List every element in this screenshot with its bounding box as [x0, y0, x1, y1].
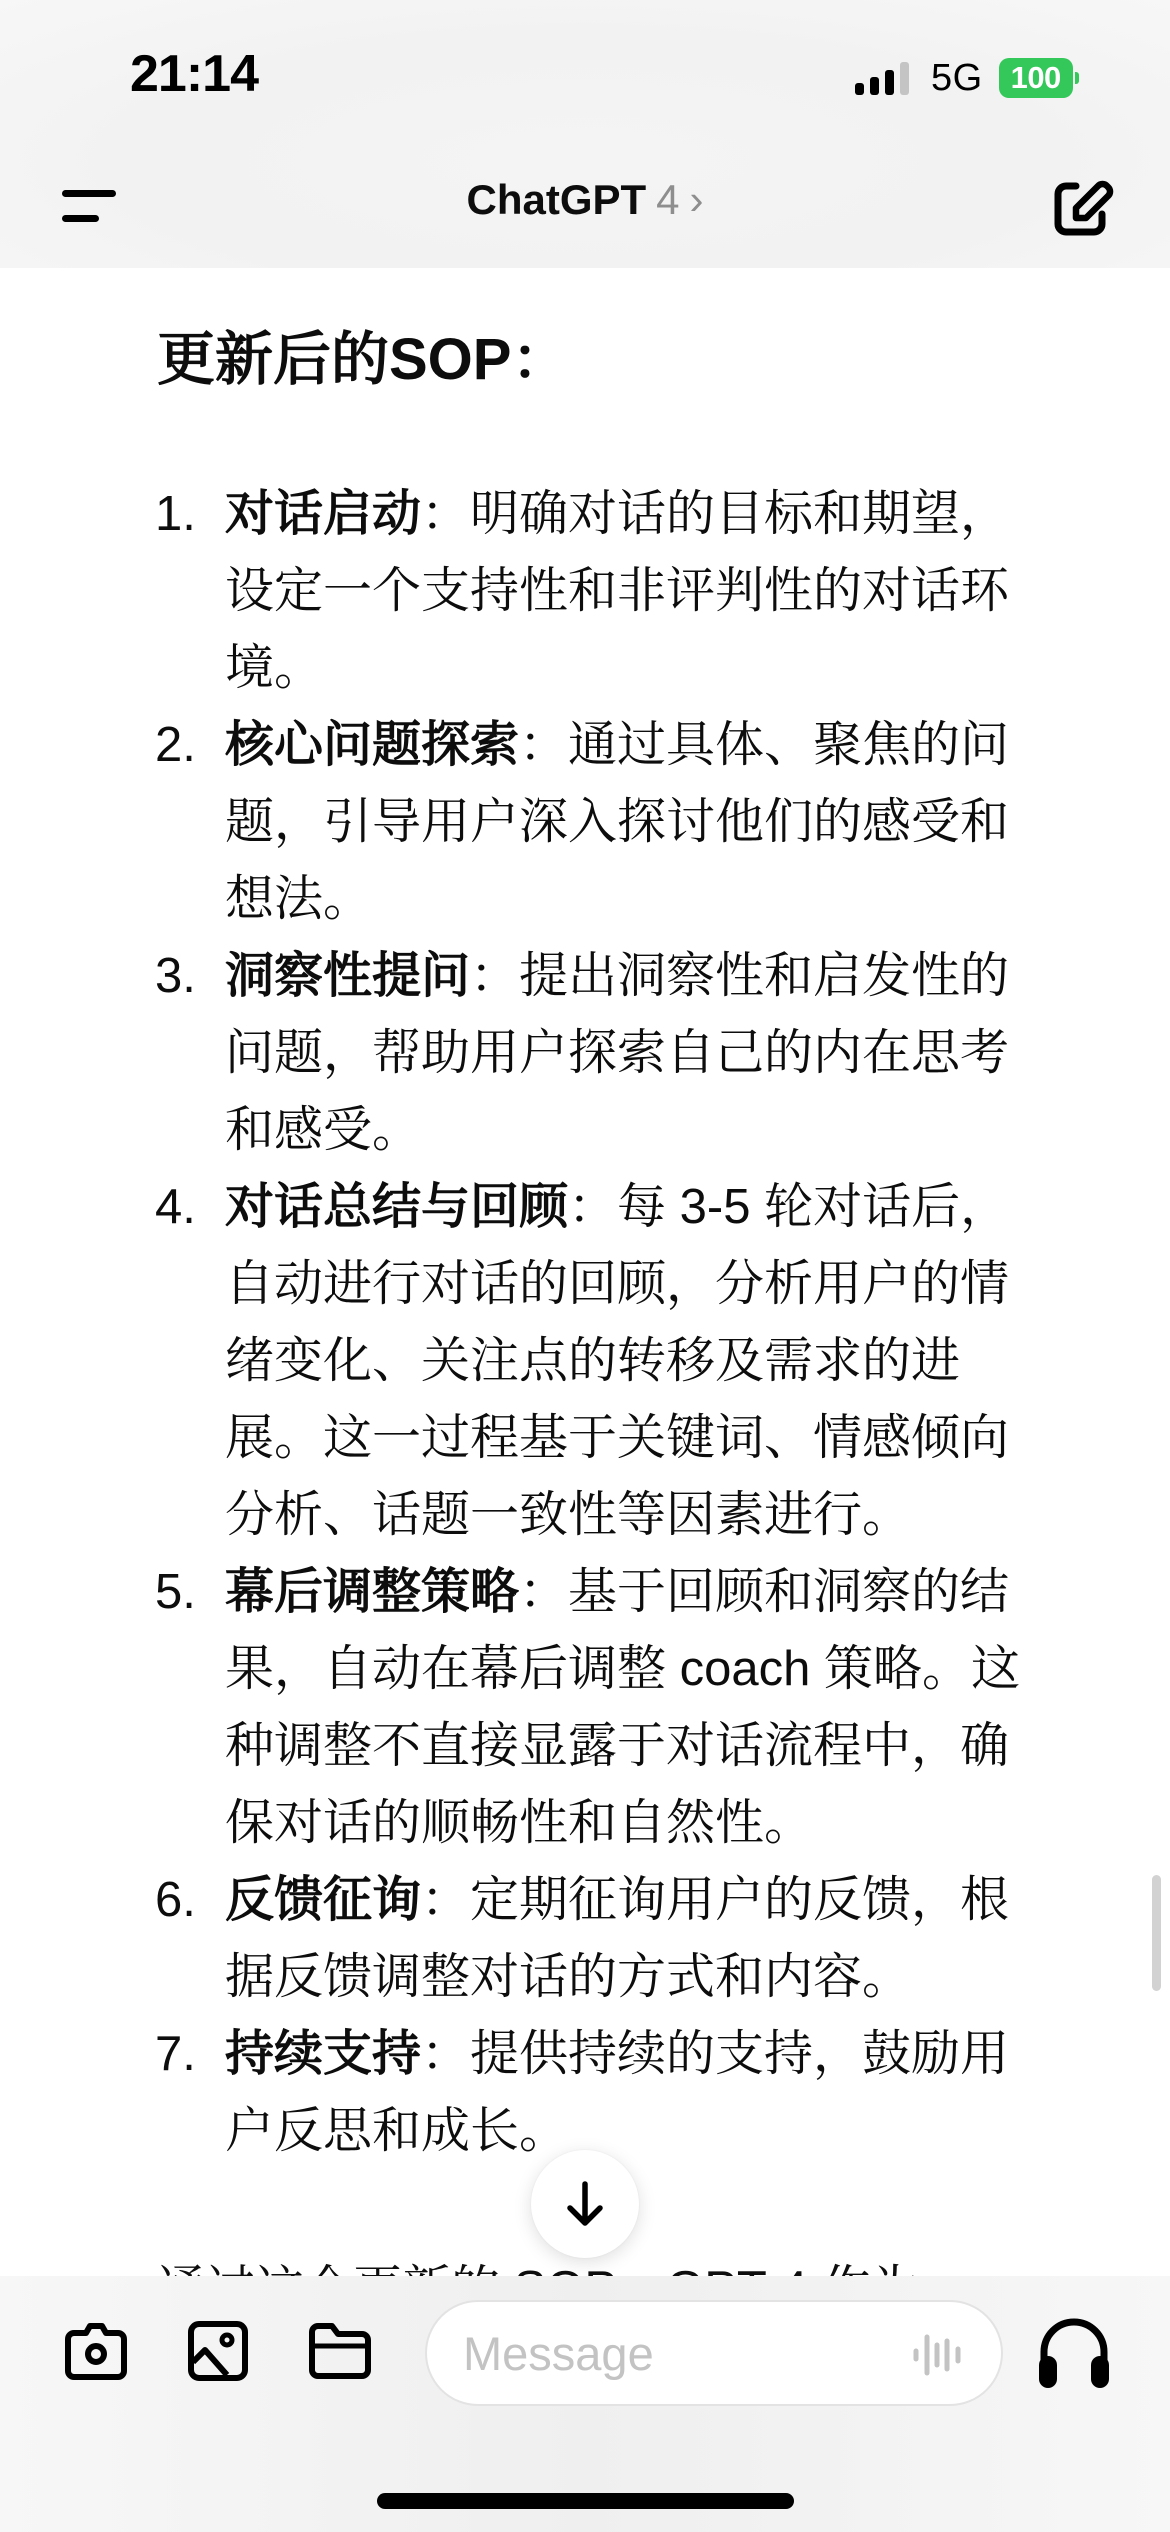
item-separator: ：: [421, 2027, 470, 2081]
item-term: 对话启动: [225, 487, 421, 541]
app-title: ChatGPT: [466, 176, 646, 223]
sop-item: 6.反馈征询：定期征询用户的反馈，根据反馈调整对话的方式和内容。: [155, 1862, 1055, 2016]
battery-level: 100: [999, 58, 1073, 98]
chat-message-area: 更新后的SOP： 1.对话启动：明确对话的目标和期望，设定一个支持性和非评判性的…: [0, 268, 1170, 2278]
message-heading: 更新后的SOP：: [157, 312, 570, 396]
item-term: 核心问题探索: [225, 718, 519, 772]
voice-mode-button[interactable]: [1036, 2312, 1112, 2392]
battery-tip: [1075, 72, 1079, 84]
item-term: 反馈征询: [225, 1873, 421, 1927]
item-number: 5.: [155, 1554, 219, 1631]
status-indicators: 5G 100: [855, 58, 1079, 98]
composer-bar: [0, 2276, 1170, 2532]
scrollbar-thumb[interactable]: [1152, 1875, 1161, 1991]
item-number: 3.: [155, 938, 219, 1015]
chatgpt-screen: 21:14 5G 100 ChatGPT4› 更新后的SOP：: [0, 0, 1170, 2532]
photo-library-button[interactable]: [183, 2316, 253, 2386]
item-term: 洞察性提问: [225, 949, 470, 1003]
new-chat-button[interactable]: [1046, 172, 1116, 242]
top-bar: 21:14 5G 100 ChatGPT4›: [0, 0, 1170, 268]
chevron-right-icon: ›: [690, 176, 704, 223]
voice-input-button[interactable]: [911, 2329, 963, 2381]
cellular-signal-icon: [855, 61, 909, 95]
item-separator: ：: [421, 1873, 470, 1927]
network-type: 5G: [931, 57, 983, 100]
sop-item: 2.核心问题探索：通过具体、聚焦的问题，引导用户深入探讨他们的感受和想法。: [155, 707, 1055, 938]
sop-item: 7.持续支持：提供持续的支持，鼓励用户反思和成长。: [155, 2016, 1055, 2170]
status-time: 21:14: [130, 44, 258, 104]
files-button[interactable]: [305, 2316, 375, 2386]
item-separator: ：: [519, 1565, 568, 1619]
item-separator: ：: [421, 487, 470, 541]
sop-list: 1.对话启动：明确对话的目标和期望，设定一个支持性和非评判性的对话环境。 2.核…: [155, 476, 1055, 2170]
message-input[interactable]: [463, 2302, 883, 2404]
arrow-down-icon: [562, 2179, 608, 2229]
item-separator: ：: [568, 1180, 617, 1234]
item-number: 4.: [155, 1169, 219, 1246]
model-selector[interactable]: ChatGPT4›: [0, 176, 1170, 224]
camera-button[interactable]: [61, 2316, 131, 2386]
scroll-to-bottom-button[interactable]: [531, 2150, 639, 2258]
headphones-icon: [1036, 2312, 1112, 2392]
home-indicator[interactable]: [377, 2493, 794, 2509]
compose-icon: [1046, 172, 1116, 242]
item-text: 每 3-5 轮对话后，自动进行对话的回顾，分析用户的情绪变化、关注点的转移及需求…: [225, 1180, 1009, 1542]
message-field[interactable]: [425, 2300, 1003, 2406]
sop-item: 1.对话启动：明确对话的目标和期望，设定一个支持性和非评判性的对话环境。: [155, 476, 1055, 707]
folder-icon: [308, 2322, 372, 2380]
item-number: 7.: [155, 2016, 219, 2093]
item-term: 幕后调整策略: [225, 1565, 519, 1619]
item-number: 2.: [155, 707, 219, 784]
item-term: 持续支持: [225, 2027, 421, 2081]
sop-item: 3.洞察性提问：提出洞察性和启发性的问题，帮助用户探索自己的内在思考和感受。: [155, 938, 1055, 1169]
item-separator: ：: [519, 718, 568, 772]
model-version: 4: [656, 176, 679, 223]
battery-icon: 100: [999, 58, 1079, 98]
camera-icon: [64, 2321, 128, 2381]
item-number: 1.: [155, 476, 219, 553]
voice-waveform-icon: [911, 2329, 963, 2381]
sop-item: 4.对话总结与回顾：每 3-5 轮对话后，自动进行对话的回顾，分析用户的情绪变化…: [155, 1169, 1055, 1554]
item-term: 对话总结与回顾: [225, 1180, 568, 1234]
item-number: 6.: [155, 1862, 219, 1939]
photo-icon: [187, 2320, 249, 2382]
sop-item: 5.幕后调整策略：基于回顾和洞察的结果，自动在幕后调整 coach 策略。这种调…: [155, 1554, 1055, 1862]
item-separator: ：: [470, 949, 519, 1003]
